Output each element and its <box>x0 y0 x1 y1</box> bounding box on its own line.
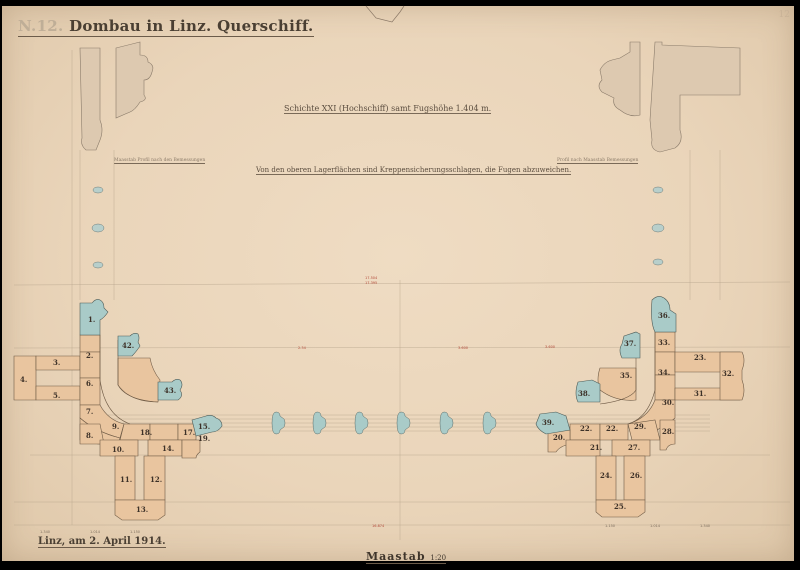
dim-mid-right: 3.600 <box>545 345 555 349</box>
dim-bottom-right-3: 1.340 <box>700 524 710 528</box>
stone-43: 43. <box>164 386 176 395</box>
stone-32: 32. <box>722 369 734 378</box>
stone-34: 34. <box>658 368 670 377</box>
dim-bottom-span: 16.874 <box>372 524 385 528</box>
dim-bottom-left-2: 1.014 <box>90 530 101 534</box>
dim-bottom-right-2: 1.014 <box>650 524 661 528</box>
stone-11: 11. <box>120 475 132 484</box>
dim-bottom-left-1: 1.340 <box>40 530 50 534</box>
stone-39: 39. <box>542 418 554 427</box>
stone-22: 22. <box>580 424 592 433</box>
dim-top-span-sub: 17.395 <box>365 281 377 285</box>
stone-4: 4. <box>20 375 27 384</box>
dim-mid-left: 2.34 <box>298 346 307 350</box>
stone-5: 5. <box>53 391 60 400</box>
stone-24: 24. <box>600 471 612 480</box>
mullion-sections-vertical <box>92 187 664 268</box>
stone-38: 38. <box>578 389 590 398</box>
stone-29: 29. <box>634 422 646 431</box>
stone-9: 9. <box>112 422 119 431</box>
stone-18: 18. <box>140 428 152 437</box>
stone-14: 14. <box>162 444 174 453</box>
dim-bottom-right-1: 1.150 <box>605 524 615 528</box>
stone-33: 33. <box>658 338 670 347</box>
stone-23: 23. <box>694 353 706 362</box>
stone-22b: 22. <box>606 424 618 433</box>
stone-36: 36. <box>658 311 670 320</box>
stone-1: 1. <box>88 315 95 324</box>
stone-10: 10. <box>112 445 124 454</box>
stone-17: 17. <box>183 428 195 437</box>
upper-right-profile <box>599 42 740 152</box>
paper-tear <box>366 6 404 22</box>
stone-19: 19. <box>198 434 210 443</box>
upper-left-profile <box>80 42 153 150</box>
stone-15: 15. <box>198 422 210 431</box>
stone-21: 21. <box>590 443 602 452</box>
stone-42: 42. <box>122 341 134 350</box>
stone-3: 3. <box>53 358 60 367</box>
stone-13: 13. <box>136 505 148 514</box>
stone-20: 20. <box>553 433 565 442</box>
stone-8: 8. <box>86 431 93 440</box>
stone-35: 35. <box>620 371 632 380</box>
dim-top-span: 17.504 <box>365 276 378 280</box>
left-pier-stones <box>14 335 200 520</box>
stone-2: 2. <box>86 351 93 360</box>
stone-28: 28. <box>662 427 674 436</box>
stone-6: 6. <box>86 379 93 388</box>
stone-26: 26. <box>630 471 642 480</box>
stone-30: 30. <box>662 398 674 407</box>
dim-mid-center: 3.600 <box>458 346 468 350</box>
stone-7: 7. <box>86 407 93 416</box>
stone-37: 37. <box>624 339 636 348</box>
stone-27: 27. <box>628 443 640 452</box>
stone-25: 25. <box>614 502 626 511</box>
stone-31: 31. <box>694 389 706 398</box>
floor-plan: 17.504 17.395 2.34 3.600 3.600 16.874 1.… <box>0 0 800 570</box>
stone-12: 12. <box>150 475 162 484</box>
dim-bottom-left-3: 1.150 <box>130 530 140 534</box>
